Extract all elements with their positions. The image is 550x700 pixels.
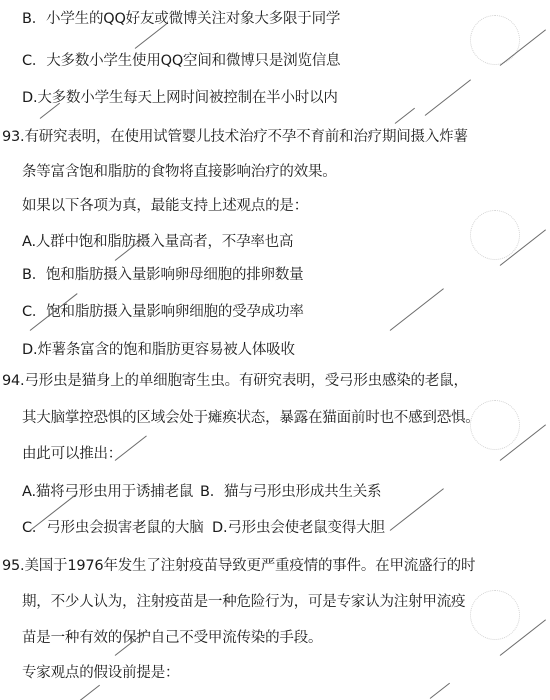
- q93-stem-line1: 93.有研究表明，在使用试管婴儿技术治疗不孕不育前和治疗期间摄入炸薯: [2, 127, 468, 147]
- watermark-stroke: [390, 288, 444, 331]
- q94-prompt: 由此可以推出：: [22, 444, 122, 464]
- q93-option-b: B．饱和脂肪摄入量影响卵母细胞的排卵数量: [22, 265, 303, 285]
- q93-option-d: D.炸薯条富含的饱和脂肪更容易被人体吸收: [22, 340, 295, 360]
- q94-option-b: B．猫与弓形虫形成共生关系: [200, 482, 381, 502]
- q94-stem-line2: 其大脑掌控恐惧的区域会处于瘫痪状态，暴露在猫面前时也不感到恐惧。: [22, 408, 480, 428]
- q95-stem-line1: 95.美国于1976年发生了注射疫苗导致更严重疫情的事件。在甲流盛行的时: [2, 556, 475, 576]
- q93-option-a: A.人群中饱和脂肪摄入量高者，不孕率也高: [22, 232, 293, 252]
- watermark-circle: [470, 590, 520, 640]
- watermark-circle: [470, 400, 520, 450]
- watermark-circle: [470, 15, 520, 65]
- watermark-stroke: [390, 488, 444, 531]
- q94-option-d: D.弓形虫会使老鼠变得大胆: [212, 518, 385, 538]
- watermark-stroke: [430, 683, 450, 699]
- watermark-stroke: [80, 685, 100, 700]
- watermark-stroke: [425, 79, 471, 115]
- q93-stem-line2: 条等富含饱和脂肪的食物将直接影响治疗的效果。: [22, 162, 337, 182]
- q95-prompt: 专家观点的假设前提是：: [22, 663, 179, 683]
- q95-stem-line2: 期，不少人认为，注射疫苗是一种危险行为，可是专家认为注射甲流疫: [22, 592, 465, 612]
- q94-option-a: A.猫将弓形虫用于诱捕老鼠: [22, 482, 193, 502]
- watermark-stroke: [395, 108, 415, 124]
- q92-option-c: C．大多数小学生使用QQ空间和微博只是浏览信息: [22, 51, 340, 71]
- q94-option-c: C．弓形虫会损害老鼠的大脑: [22, 518, 204, 538]
- q93-prompt: 如果以下各项为真，最能支持上述观点的是：: [22, 196, 308, 216]
- q94-stem-line1: 94.弓形虫是猫身上的单细胞寄生虫。有研究表明，受弓形虫感染的老鼠，: [2, 371, 468, 391]
- watermark-circle: [470, 210, 520, 260]
- q92-option-d: D.大多数小学生每天上网时间被控制在半小时以内: [22, 88, 338, 108]
- q93-option-c: C．饱和脂肪摄入量影响卵细胞的受孕成功率: [22, 302, 304, 322]
- q92-option-b: B．小学生的QQ好友或微博关注对象大多限于同学: [22, 9, 340, 29]
- q95-stem-line3: 苗是一种有效的保护自己不受甲流传染的手段。: [22, 628, 322, 648]
